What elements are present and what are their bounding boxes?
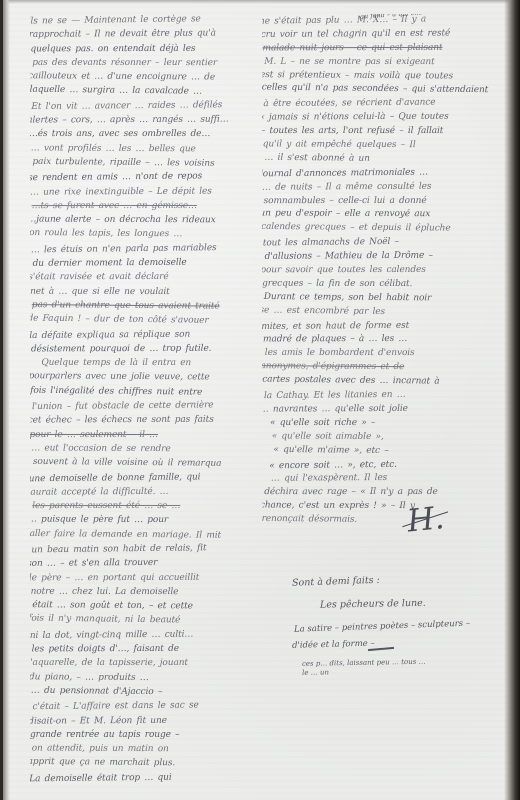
signature-initial: H.	[405, 500, 445, 540]
manuscript-line: son … – et s'en alla trouver	[30, 555, 255, 571]
manuscript-line: le père – … en portant qui accueillit	[30, 570, 257, 585]
manuscript-line: … qui l'exaspèrent. Il les	[262, 472, 508, 487]
manuscript-line: du dernier moment la demoiselle	[33, 255, 258, 271]
manuscript-line: … puisque le père fut … pour	[30, 513, 256, 528]
right-text-column: au fond – à qui elle a … ne s'était pas …	[262, 14, 508, 554]
manuscript-line: alertes – cors, … après … rangés … suffi…	[30, 113, 255, 128]
manuscript-line: malade nuit jours – ce qui est plaisant	[262, 41, 508, 56]
manuscript-line: « jamais si n'étions celui-là – Que tout…	[262, 111, 505, 126]
manuscript-line: c'était – L'affaire est dans le sac se	[32, 698, 258, 715]
manuscript-line: l'aquarelle, de la tapisserie, jouant	[30, 656, 255, 671]
manuscript-line: disait-on – Et M. Léon fit une	[30, 713, 256, 728]
manuscript-line: La demoiselle était trop … qui	[30, 769, 257, 786]
signature: H.	[405, 496, 480, 555]
manuscript-line: cru voir un tel chagrin qu'il en est res…	[262, 27, 507, 43]
manuscript-line: notre … chez lui. La demoiselle	[31, 585, 258, 600]
manuscript-line: pour savoir que toutes les calendes	[262, 264, 506, 278]
manuscript-line: « qu'elle soit riche » –	[262, 417, 508, 431]
manuscript-line: net à … que si elle ne voulait	[30, 284, 258, 299]
manuscript-line: la défaite expliqua sa réplique son	[30, 327, 257, 343]
manuscript-line: pas des devants résonner – leur sentier	[32, 56, 258, 71]
manuscript-line: se rendent en amis … n'ont de repos	[30, 169, 256, 186]
manuscript-line: …ts se furent avec … en gémisse…	[32, 199, 258, 213]
margin-note: ces p… dits, laissant peu … tous … le … …	[302, 656, 512, 678]
manuscript-line: madré de plaques – à … les …	[263, 333, 508, 348]
manuscript-line: M. L – ne se montre pas si exigeant	[264, 55, 508, 69]
works-list-heading: Sont à demi faits :	[292, 570, 508, 589]
manuscript-line: … une rixe inextinguible – Le dépit les	[30, 184, 258, 200]
manuscript-line: d'allusions – Mathieu de la Drôme –	[265, 249, 508, 265]
manuscript-line: cet échec – les échecs ne sont pas faits	[30, 413, 256, 428]
manuscript-line: ni la dot, vingt-cinq mille … culti…	[30, 627, 258, 643]
manuscript-line: grande rentrée au tapis rouge –	[30, 728, 258, 742]
manuscript-page: Ils ne se — Maintenant le cortège serapp…	[0, 0, 520, 800]
manuscript-line: grecques – la fin de son célibat.	[262, 278, 508, 293]
page-edge-top	[0, 0, 520, 4]
manuscript-line: …és trois ans, avec ses ombrelles de…	[30, 127, 257, 141]
manuscript-line: désistement pourquoi de … trop futile.	[31, 341, 258, 356]
manuscript-line: les amis le bombardent d'envois	[265, 347, 508, 361]
manuscript-line: les petits doigts d'…, faisant de	[32, 642, 258, 657]
manuscript-line: Quelque temps de là il entra en	[33, 356, 258, 371]
manuscript-line: somnambules – celle-ci lui a donné	[264, 194, 508, 208]
manuscript-line: rapprochait – Il ne devait être plus qu'…	[30, 26, 257, 42]
manuscript-line: s'était ravisée et avait déclaré	[30, 270, 256, 285]
manuscript-line: pour le … seulement – il …	[30, 428, 258, 442]
works-list-item: Les pêcheurs de lune.	[320, 591, 508, 615]
manuscript-line: … de nuits – Il a même consulté les	[262, 180, 508, 195]
left-text-column: Ils ne se — Maintenant le cortège serapp…	[30, 13, 258, 793]
works-list-items: Les pêcheurs de lune.La satire – peintre…	[292, 593, 508, 649]
manuscript-line: aurait accepté la difficulté. …	[30, 484, 258, 500]
manuscript-line: … navrantes … qu'elle soit jolie	[262, 402, 506, 417]
manuscript-line: « qu'elle soit aimable »,	[263, 430, 508, 445]
manuscript-line: – toutes les arts, l'ont refusé – il fal…	[262, 125, 507, 139]
manuscript-line: les parents eussent été … se …	[32, 499, 258, 514]
works-list: Sont à demi faits : Les pêcheurs de lune…	[292, 574, 508, 649]
page-edge-left	[0, 0, 10, 800]
manuscript-line: quelques pas. on entendait déjà les	[30, 41, 258, 56]
